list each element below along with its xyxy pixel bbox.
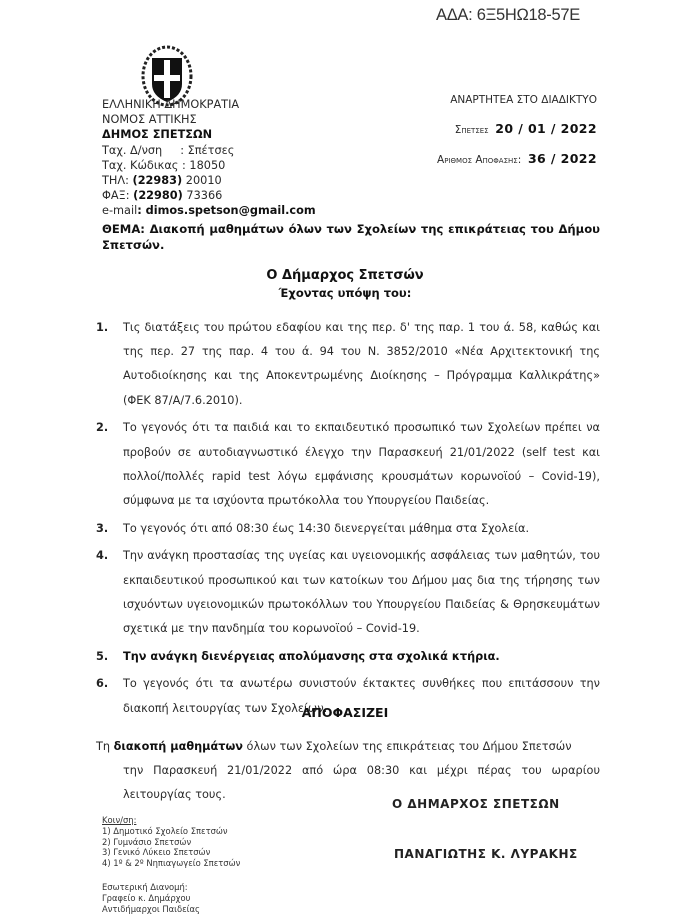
decision-number-line: Αριθμοσ Αποφασησ: 36 / 2022: [437, 151, 597, 166]
consideration-item: 1.Τις διατάξεις του πρώτου εδαφίου και τ…: [96, 316, 600, 413]
considering-heading: Έχοντας υπόψη του:: [0, 286, 690, 300]
ada-code: ΑΔΑ: 6Ξ5ΗΩ18-57Ε: [436, 6, 580, 25]
cc-item: 3) Γενικό Λύκειο Σπετσών: [102, 847, 240, 858]
postcode-line: Ταχ. Κώδικας : 18050: [102, 158, 316, 173]
decision-bold: διακοπή μαθημάτων: [114, 740, 243, 753]
document-title: Ο Δήμαρχος Σπετσών: [0, 268, 690, 283]
cc-block: Κοιν/ση: 1) Δημοτικό Σχολείο Σπετσών2) Γ…: [102, 815, 240, 869]
signature-name: ΠΑΝΑΓΙΩΤΗΣ Κ. ΛΥΡΑΚΗΣ: [394, 847, 578, 861]
internal-item: Αντιδήμαρχοι Παιδείας: [102, 904, 200, 915]
cc-label: Κοιν/ση:: [102, 815, 240, 826]
consideration-item: 5.Την ανάγκη διενέργειας απολύμανσης στα…: [96, 645, 600, 669]
decision-number-label: Αριθμοσ Αποφασησ:: [437, 154, 521, 166]
subject-line: ΘΕΜΑ: Διακοπή μαθημάτων όλων των Σχολείω…: [102, 222, 600, 253]
fax-line: ΦΑΞ: (22980) 73366: [102, 188, 316, 203]
item-text: Την ανάγκη διενέργειας απολύμανσης στα σ…: [123, 650, 500, 663]
decision-number: 36 / 2022: [528, 151, 597, 166]
place-label: Σπετσεσ: [455, 124, 489, 136]
item-text: Τις διατάξεις του πρώτου εδαφίου και της…: [123, 321, 600, 407]
item-number: 5.: [96, 645, 108, 669]
item-number: 3.: [96, 517, 108, 541]
address-line: Ταχ. Δ/νση : Σπέτσες: [102, 143, 316, 158]
internal-item: Γραφείο κ. Δημάρχου: [102, 893, 200, 904]
item-number: 6.: [96, 672, 108, 696]
sender-block: ΕΛΛΗΝΙΚΗ ΔΗΜΟΚΡΑΤΙΑ ΝΟΜΟΣ ΑΤΤΙΚΗΣ ΔΗΜΟΣ …: [102, 97, 316, 219]
email-address: : dimos.spetson@gmail.com: [137, 204, 315, 217]
item-number: 1.: [96, 316, 108, 340]
cc-item: 1) Δημοτικό Σχολείο Σπετσών: [102, 826, 240, 837]
republic-label: ΕΛΛΗΝΙΚΗ ΔΗΜΟΚΡΑΤΙΑ: [102, 97, 316, 112]
consideration-item: 2.Το γεγονός ότι τα παιδιά και το εκπαιδ…: [96, 416, 600, 513]
consideration-item: 3.Το γεγονός ότι από 08:30 έως 14:30 διε…: [96, 517, 600, 541]
item-text: Την ανάγκη προστασίας της υγείας και υγε…: [123, 549, 600, 635]
email-line: e-mail: dimos.spetson@gmail.com: [102, 203, 316, 218]
item-text: Το γεγονός ότι από 08:30 έως 14:30 διενε…: [123, 522, 529, 535]
item-number: 2.: [96, 416, 108, 440]
considerations-list: 1.Τις διατάξεις του πρώτου εδαφίου και τ…: [96, 316, 600, 724]
item-number: 4.: [96, 544, 108, 568]
date-line: Σπετσεσ 20 / 01 / 2022: [455, 121, 597, 136]
item-text: Το γεγονός ότι τα παιδιά και το εκπαιδευ…: [123, 421, 600, 507]
internal-distribution: Εσωτερική Διανομή: Γραφείο κ. ΔημάρχουΑν…: [102, 882, 200, 914]
decides-heading: ΑΠΟΦΑΣΙΖΕΙ: [0, 705, 690, 720]
prefecture-label: ΝΟΜΟΣ ΑΤΤΙΚΗΣ: [102, 112, 316, 127]
phone-line: ΤΗΛ: (22983) 20010: [102, 173, 316, 188]
signature-title: Ο ΔΗΜΑΡΧΟΣ ΣΠΕΤΣΩΝ: [392, 797, 560, 811]
publish-note: ΑΝΑΡΤΗΤΕΑ ΣΤΟ ΔΙΑΔΙΚΤΥΟ: [450, 94, 597, 106]
consideration-item: 4.Την ανάγκη προστασίας της υγείας και υ…: [96, 544, 600, 641]
cc-item: 4) 1º & 2º Νηπιαγωγείο Σπετσών: [102, 858, 240, 869]
internal-label: Εσωτερική Διανομή:: [102, 882, 200, 893]
cc-item: 2) Γυμνάσιο Σπετσών: [102, 837, 240, 848]
document-date: 20 / 01 / 2022: [495, 121, 597, 136]
municipality-label: ΔΗΜΟΣ ΣΠΕΤΣΩΝ: [102, 127, 316, 142]
